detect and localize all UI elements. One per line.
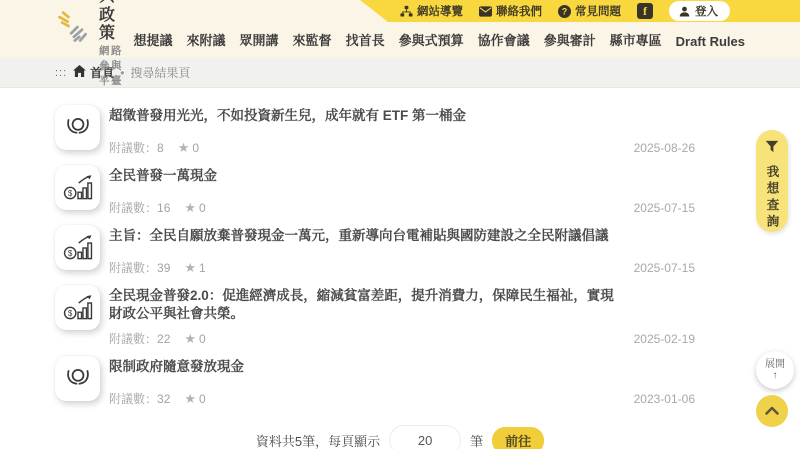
faq-link[interactable]: ? 常見問題 bbox=[558, 3, 621, 19]
go-button[interactable]: 前往 bbox=[492, 427, 544, 449]
nav-item-propose[interactable]: 想提議 bbox=[134, 30, 173, 49]
nav-item-audit[interactable]: 參與審計 bbox=[544, 30, 596, 49]
result-meta: 附議數：16 ★0 bbox=[109, 199, 625, 216]
result-date: 2025-02-19 bbox=[634, 332, 695, 347]
endorse-hands-icon bbox=[55, 105, 100, 150]
table-row: $ 全民現金普發2.0：促進經濟成長，縮減貧富差距，提升消費力，保障民生福祉，實… bbox=[55, 280, 745, 351]
finance-growth-icon: $ bbox=[55, 225, 100, 270]
result-body: 超徵普發用光光，不如投資新生兒，成年就有 ETF 第一桶金 附議數：8 ★0 bbox=[109, 102, 625, 156]
sitemap-link[interactable]: 網站導覽 bbox=[400, 3, 463, 19]
mail-icon bbox=[479, 5, 492, 18]
contact-label: 聯絡我們 bbox=[496, 3, 542, 19]
sitemap-label: 網站導覽 bbox=[417, 3, 463, 19]
brand-title: 公共政策 bbox=[99, 0, 134, 43]
chevron-up-icon bbox=[765, 402, 779, 420]
nav-item-collab[interactable]: 協作會議 bbox=[478, 30, 530, 49]
filter-funnel-icon bbox=[765, 140, 779, 158]
star-count: ★0 bbox=[178, 141, 199, 155]
nav-item-mayor[interactable]: 找首長 bbox=[346, 30, 385, 49]
accessibility-marker: ::: bbox=[55, 67, 67, 79]
endorse-count: 附議數：32 bbox=[109, 390, 170, 407]
login-label: 登入 bbox=[695, 3, 718, 19]
query-filter-button[interactable]: 我想查詢 bbox=[756, 130, 788, 232]
endorse-count: 附議數：22 bbox=[109, 330, 170, 347]
home-icon bbox=[73, 65, 86, 80]
result-date: 2025-07-15 bbox=[634, 201, 695, 216]
expand-arrow-icon: ↑ bbox=[773, 370, 778, 382]
star-icon: ★ bbox=[184, 201, 196, 214]
scroll-to-top-button[interactable] bbox=[756, 395, 788, 427]
table-row: $ 主旨：全民自願放棄普發現金一萬元，重新導向台電補貼與國防建設之全民附議倡議 … bbox=[55, 220, 745, 280]
site-logo[interactable]: 公共政策 網路參與平臺 bbox=[55, 9, 134, 49]
result-body: 主旨：全民自願放棄普發現金一萬元，重新導向台電補貼與國防建設之全民附議倡議 附議… bbox=[109, 222, 625, 276]
svg-text:$: $ bbox=[68, 188, 73, 197]
star-icon: ★ bbox=[184, 332, 196, 345]
site-header: 網站導覽 聯絡我們 ? 常見問題 f 登入 bbox=[0, 0, 800, 58]
star-count: ★0 bbox=[184, 201, 205, 215]
expand-button[interactable]: 展開 ↑ bbox=[756, 351, 794, 389]
star-icon: ★ bbox=[184, 261, 196, 274]
table-row: 限制政府隨意發放現金 附議數：32 ★0 2023-01-06 bbox=[55, 351, 745, 411]
query-filter-label: 我想查詢 bbox=[763, 165, 781, 231]
top-utility-bar: 網站導覽 聯絡我們 ? 常見問題 f 登入 bbox=[360, 0, 800, 22]
page-size-input[interactable] bbox=[389, 425, 461, 449]
search-results: 超徵普發用光光，不如投資新生兒，成年就有 ETF 第一桶金 附議數：8 ★0 2… bbox=[55, 88, 745, 449]
result-meta: 附議數：8 ★0 bbox=[109, 139, 625, 156]
nav-item-talk[interactable]: 眾開講 bbox=[240, 30, 279, 49]
result-date: 2025-07-15 bbox=[634, 261, 695, 276]
endorse-count: 附議數：8 bbox=[109, 139, 164, 156]
nav-item-county[interactable]: 縣市專區 bbox=[610, 30, 662, 49]
nav-item-supervise[interactable]: 來監督 bbox=[293, 30, 332, 49]
result-title[interactable]: 全民普發一萬現金 bbox=[109, 167, 625, 185]
facebook-icon[interactable]: f bbox=[637, 3, 653, 19]
endorse-hands-icon bbox=[55, 356, 100, 401]
expand-label: 展開 bbox=[765, 359, 785, 371]
sitemap-icon bbox=[400, 5, 413, 18]
result-title[interactable]: 主旨：全民自願放棄普發現金一萬元，重新導向台電補貼與國防建設之全民附議倡議 bbox=[109, 227, 625, 245]
result-body: 全民現金普發2.0：促進經濟成長，縮減貧富差距，提升消費力，保障民生福祉，實現財… bbox=[109, 282, 625, 347]
finance-growth-icon: $ bbox=[55, 285, 100, 330]
breadcrumb: ::: 首頁 • 搜尋結果頁 bbox=[55, 58, 745, 87]
pagination-unit: 筆 bbox=[470, 431, 483, 449]
nav-item-budget[interactable]: 參與式預算 bbox=[399, 30, 464, 49]
pagination-summary: 資料共5筆，每頁顯示 bbox=[256, 431, 380, 449]
table-row: 超徵普發用光光，不如投資新生兒，成年就有 ETF 第一桶金 附議數：8 ★0 2… bbox=[55, 100, 745, 160]
result-body: 全民普發一萬現金 附議數：16 ★0 bbox=[109, 162, 625, 216]
star-count: ★1 bbox=[184, 261, 205, 275]
user-icon bbox=[678, 5, 691, 18]
star-icon: ★ bbox=[184, 392, 196, 405]
star-count: ★0 bbox=[184, 332, 205, 346]
question-icon: ? bbox=[558, 5, 571, 18]
page: 網站導覽 聯絡我們 ? 常見問題 f 登入 bbox=[0, 0, 800, 449]
endorse-count: 附議數：39 bbox=[109, 259, 170, 276]
result-body: 限制政府隨意發放現金 附議數：32 ★0 bbox=[109, 353, 625, 407]
contact-link[interactable]: 聯絡我們 bbox=[479, 3, 542, 19]
result-title[interactable]: 全民現金普發2.0：促進經濟成長，縮減貧富差距，提升消費力，保障民生福祉，實現財… bbox=[109, 287, 625, 322]
result-title[interactable]: 限制政府隨意發放現金 bbox=[109, 358, 625, 376]
faq-label: 常見問題 bbox=[575, 3, 621, 19]
login-button[interactable]: 登入 bbox=[669, 1, 730, 21]
result-meta: 附議數：39 ★1 bbox=[109, 259, 625, 276]
star-icon: ★ bbox=[178, 141, 190, 154]
result-date: 2025-08-26 bbox=[634, 141, 695, 156]
result-date: 2023-01-06 bbox=[634, 392, 695, 407]
svg-text:?: ? bbox=[562, 6, 568, 16]
nav-item-draft-rules[interactable]: Draft Rules bbox=[676, 34, 745, 49]
svg-text:$: $ bbox=[68, 308, 73, 317]
endorse-count: 附議數：16 bbox=[109, 199, 170, 216]
brand-text: 公共政策 網路參與平臺 bbox=[99, 0, 134, 88]
star-count: ★0 bbox=[184, 392, 205, 406]
logo-hands-icon bbox=[55, 9, 91, 50]
result-title[interactable]: 超徵普發用光光，不如投資新生兒，成年就有 ETF 第一桶金 bbox=[109, 107, 625, 125]
breadcrumb-current: 搜尋結果頁 bbox=[130, 64, 190, 81]
table-row: $ 全民普發一萬現金 附議數：16 ★0 2025-07-15 bbox=[55, 160, 745, 220]
result-meta: 附議數：22 ★0 bbox=[109, 330, 625, 347]
pagination: 資料共5筆，每頁顯示 筆 前往 bbox=[55, 425, 745, 449]
svg-text:$: $ bbox=[68, 248, 73, 257]
result-meta: 附議數：32 ★0 bbox=[109, 390, 625, 407]
finance-growth-icon: $ bbox=[55, 165, 100, 210]
nav-item-endorse[interactable]: 來附議 bbox=[187, 30, 226, 49]
brand-subtitle: 網路參與平臺 bbox=[99, 43, 134, 88]
